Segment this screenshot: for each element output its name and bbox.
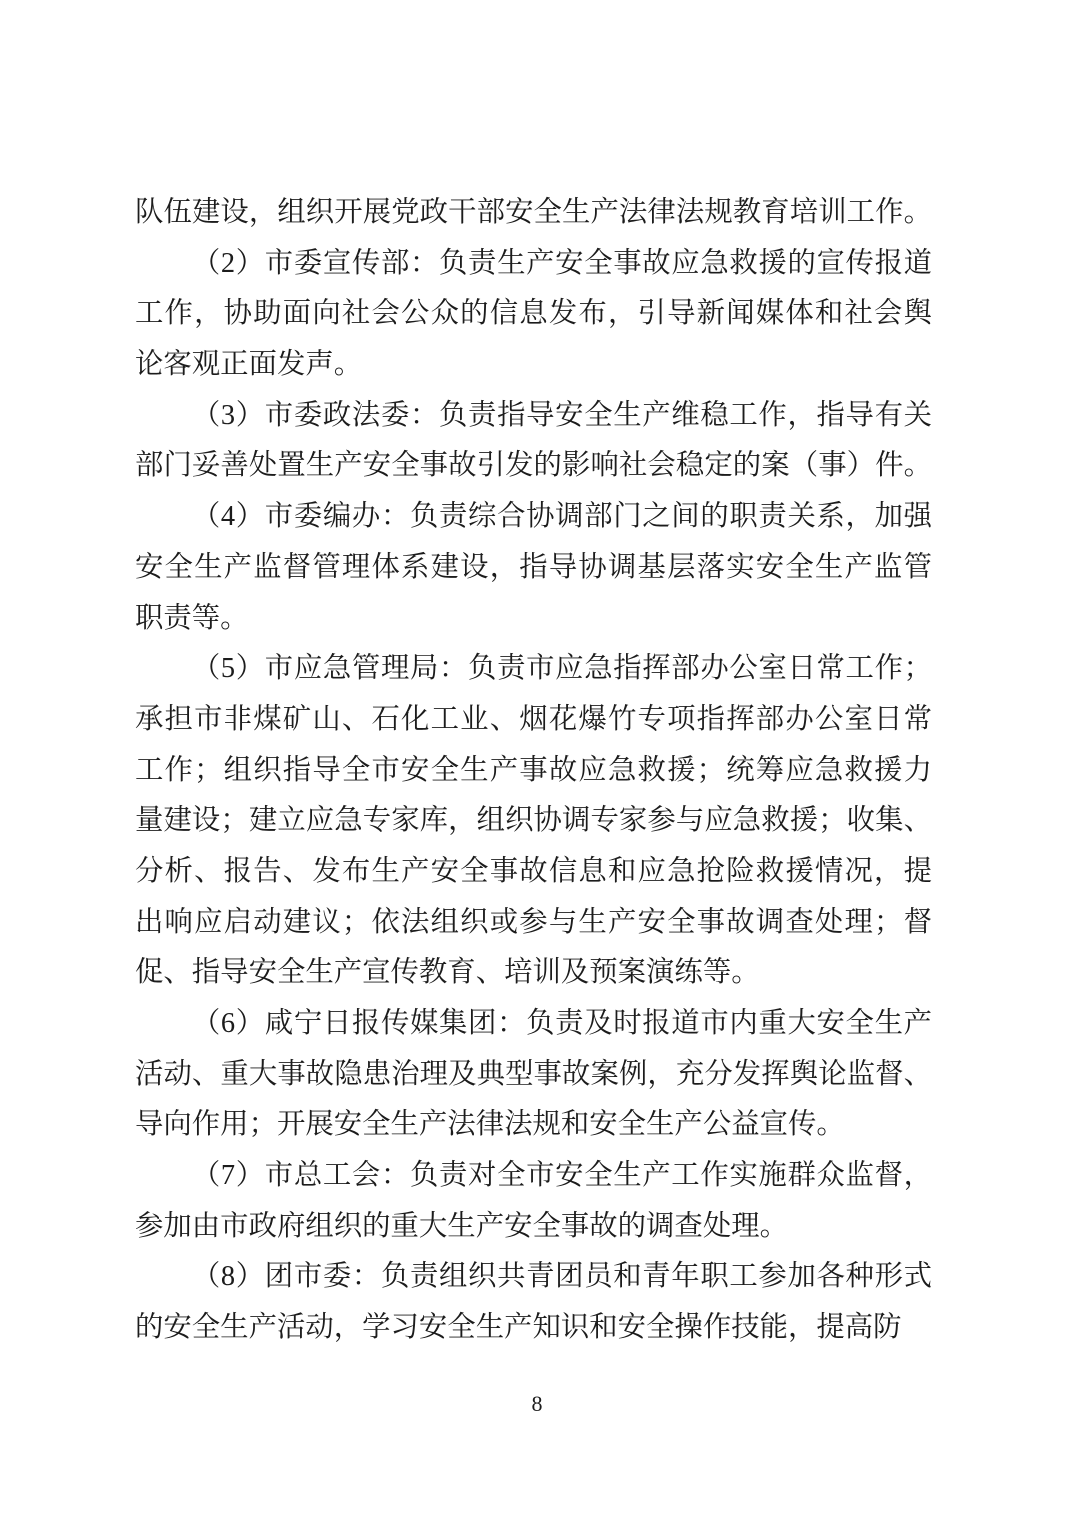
document-line: 促、指导安全生产宣传教育、培训及预案演练等。: [135, 948, 932, 999]
document-line: 职责等。: [135, 594, 932, 645]
document-line: 活动、重大事故隐患治理及典型事故案例，充分发挥舆论监督、: [135, 1050, 932, 1101]
document-line: 队伍建设，组织开展党政干部安全生产法律法规教育培训工作。: [135, 188, 932, 239]
document-line: 部门妥善处置生产安全事故引发的影响社会稳定的案（事）件。: [135, 441, 932, 492]
document-body: 队伍建设，组织开展党政干部安全生产法律法规教育培训工作。（2）市委宣传部：负责生…: [135, 188, 932, 1354]
document-line: 承担市非煤矿山、石化工业、烟花爆竹专项指挥部办公室日常: [135, 695, 932, 746]
document-line: （8）团市委：负责组织共青团员和青年职工参加各种形式: [135, 1252, 932, 1303]
document-line: （3）市委政法委：负责指导安全生产维稳工作，指导有关: [135, 391, 932, 442]
document-line: 安全生产监督管理体系建设，指导协调基层落实安全生产监管: [135, 543, 932, 594]
document-line: 量建设；建立应急专家库，组织协调专家参与应急救援；收集、: [135, 796, 932, 847]
document-line: 工作，协助面向社会公众的信息发布，引导新闻媒体和社会舆: [135, 289, 932, 340]
document-line: （7）市总工会：负责对全市安全生产工作实施群众监督，: [135, 1151, 932, 1202]
document-line: （5）市应急管理局：负责市应急指挥部办公室日常工作；: [135, 644, 932, 695]
document-line: （2）市委宣传部：负责生产安全事故应急救援的宣传报道: [135, 239, 932, 290]
document-line: 的安全生产活动，学习安全生产知识和安全操作技能，提高防: [135, 1303, 932, 1354]
document-line: 参加由市政府组织的重大生产安全事故的调查处理。: [135, 1202, 932, 1253]
document-line: 导向作用；开展安全生产法律法规和安全生产公益宣传。: [135, 1100, 932, 1151]
document-page: 队伍建设，组织开展党政干部安全生产法律法规教育培训工作。（2）市委宣传部：负责生…: [0, 0, 1074, 1520]
page-number: 8: [0, 1389, 1074, 1419]
document-line: 出响应启动建议；依法组织或参与生产安全事故调查处理；督: [135, 898, 932, 949]
document-line: 分析、报告、发布生产安全事故信息和应急抢险救援情况，提: [135, 847, 932, 898]
document-line: 论客观正面发声。: [135, 340, 932, 391]
document-line: （4）市委编办：负责综合协调部门之间的职责关系，加强: [135, 492, 932, 543]
document-line: 工作；组织指导全市安全生产事故应急救援；统筹应急救援力: [135, 746, 932, 797]
document-line: （6）咸宁日报传媒集团：负责及时报道市内重大安全生产: [135, 999, 932, 1050]
